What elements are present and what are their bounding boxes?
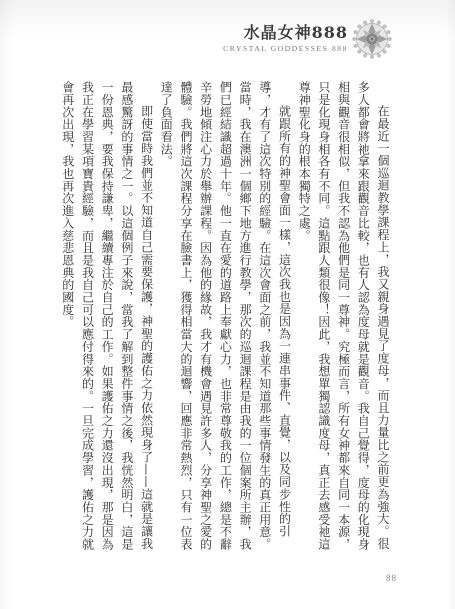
- mandala-starburst-icon: [351, 18, 393, 60]
- book-title: 水晶女神888: [223, 23, 348, 42]
- paragraph-3: 即使當時我們並不知道自己需要保護，神聖的護佑之力依然現身了——這就是讓我最感驚訝…: [57, 81, 156, 552]
- paragraph-2: 就跟所有的神聖會面一樣，這次我也是因為一連串事件、直覺，以及同步性的引導，才有了…: [156, 81, 294, 552]
- book-subtitle: CRYSTAL GODDESSES 888: [223, 44, 348, 53]
- page-header: 水晶女神888 CRYSTAL GODDESSES 888: [223, 23, 348, 53]
- paragraph-1: 在最近一個巡迴教學課程上，我又親身遇見了度母，而且力量比之前更為強大。很多人都會…: [293, 81, 392, 552]
- book-page: 水晶女神888 CRYSTAL GODDESSES 888: [0, 0, 455, 609]
- body-text-block: 在最近一個巡迴教學課程上，我又親身遇見了度母，而且力量比之前更為強大。很多人都會…: [60, 81, 392, 552]
- page-number: 88: [386, 573, 397, 583]
